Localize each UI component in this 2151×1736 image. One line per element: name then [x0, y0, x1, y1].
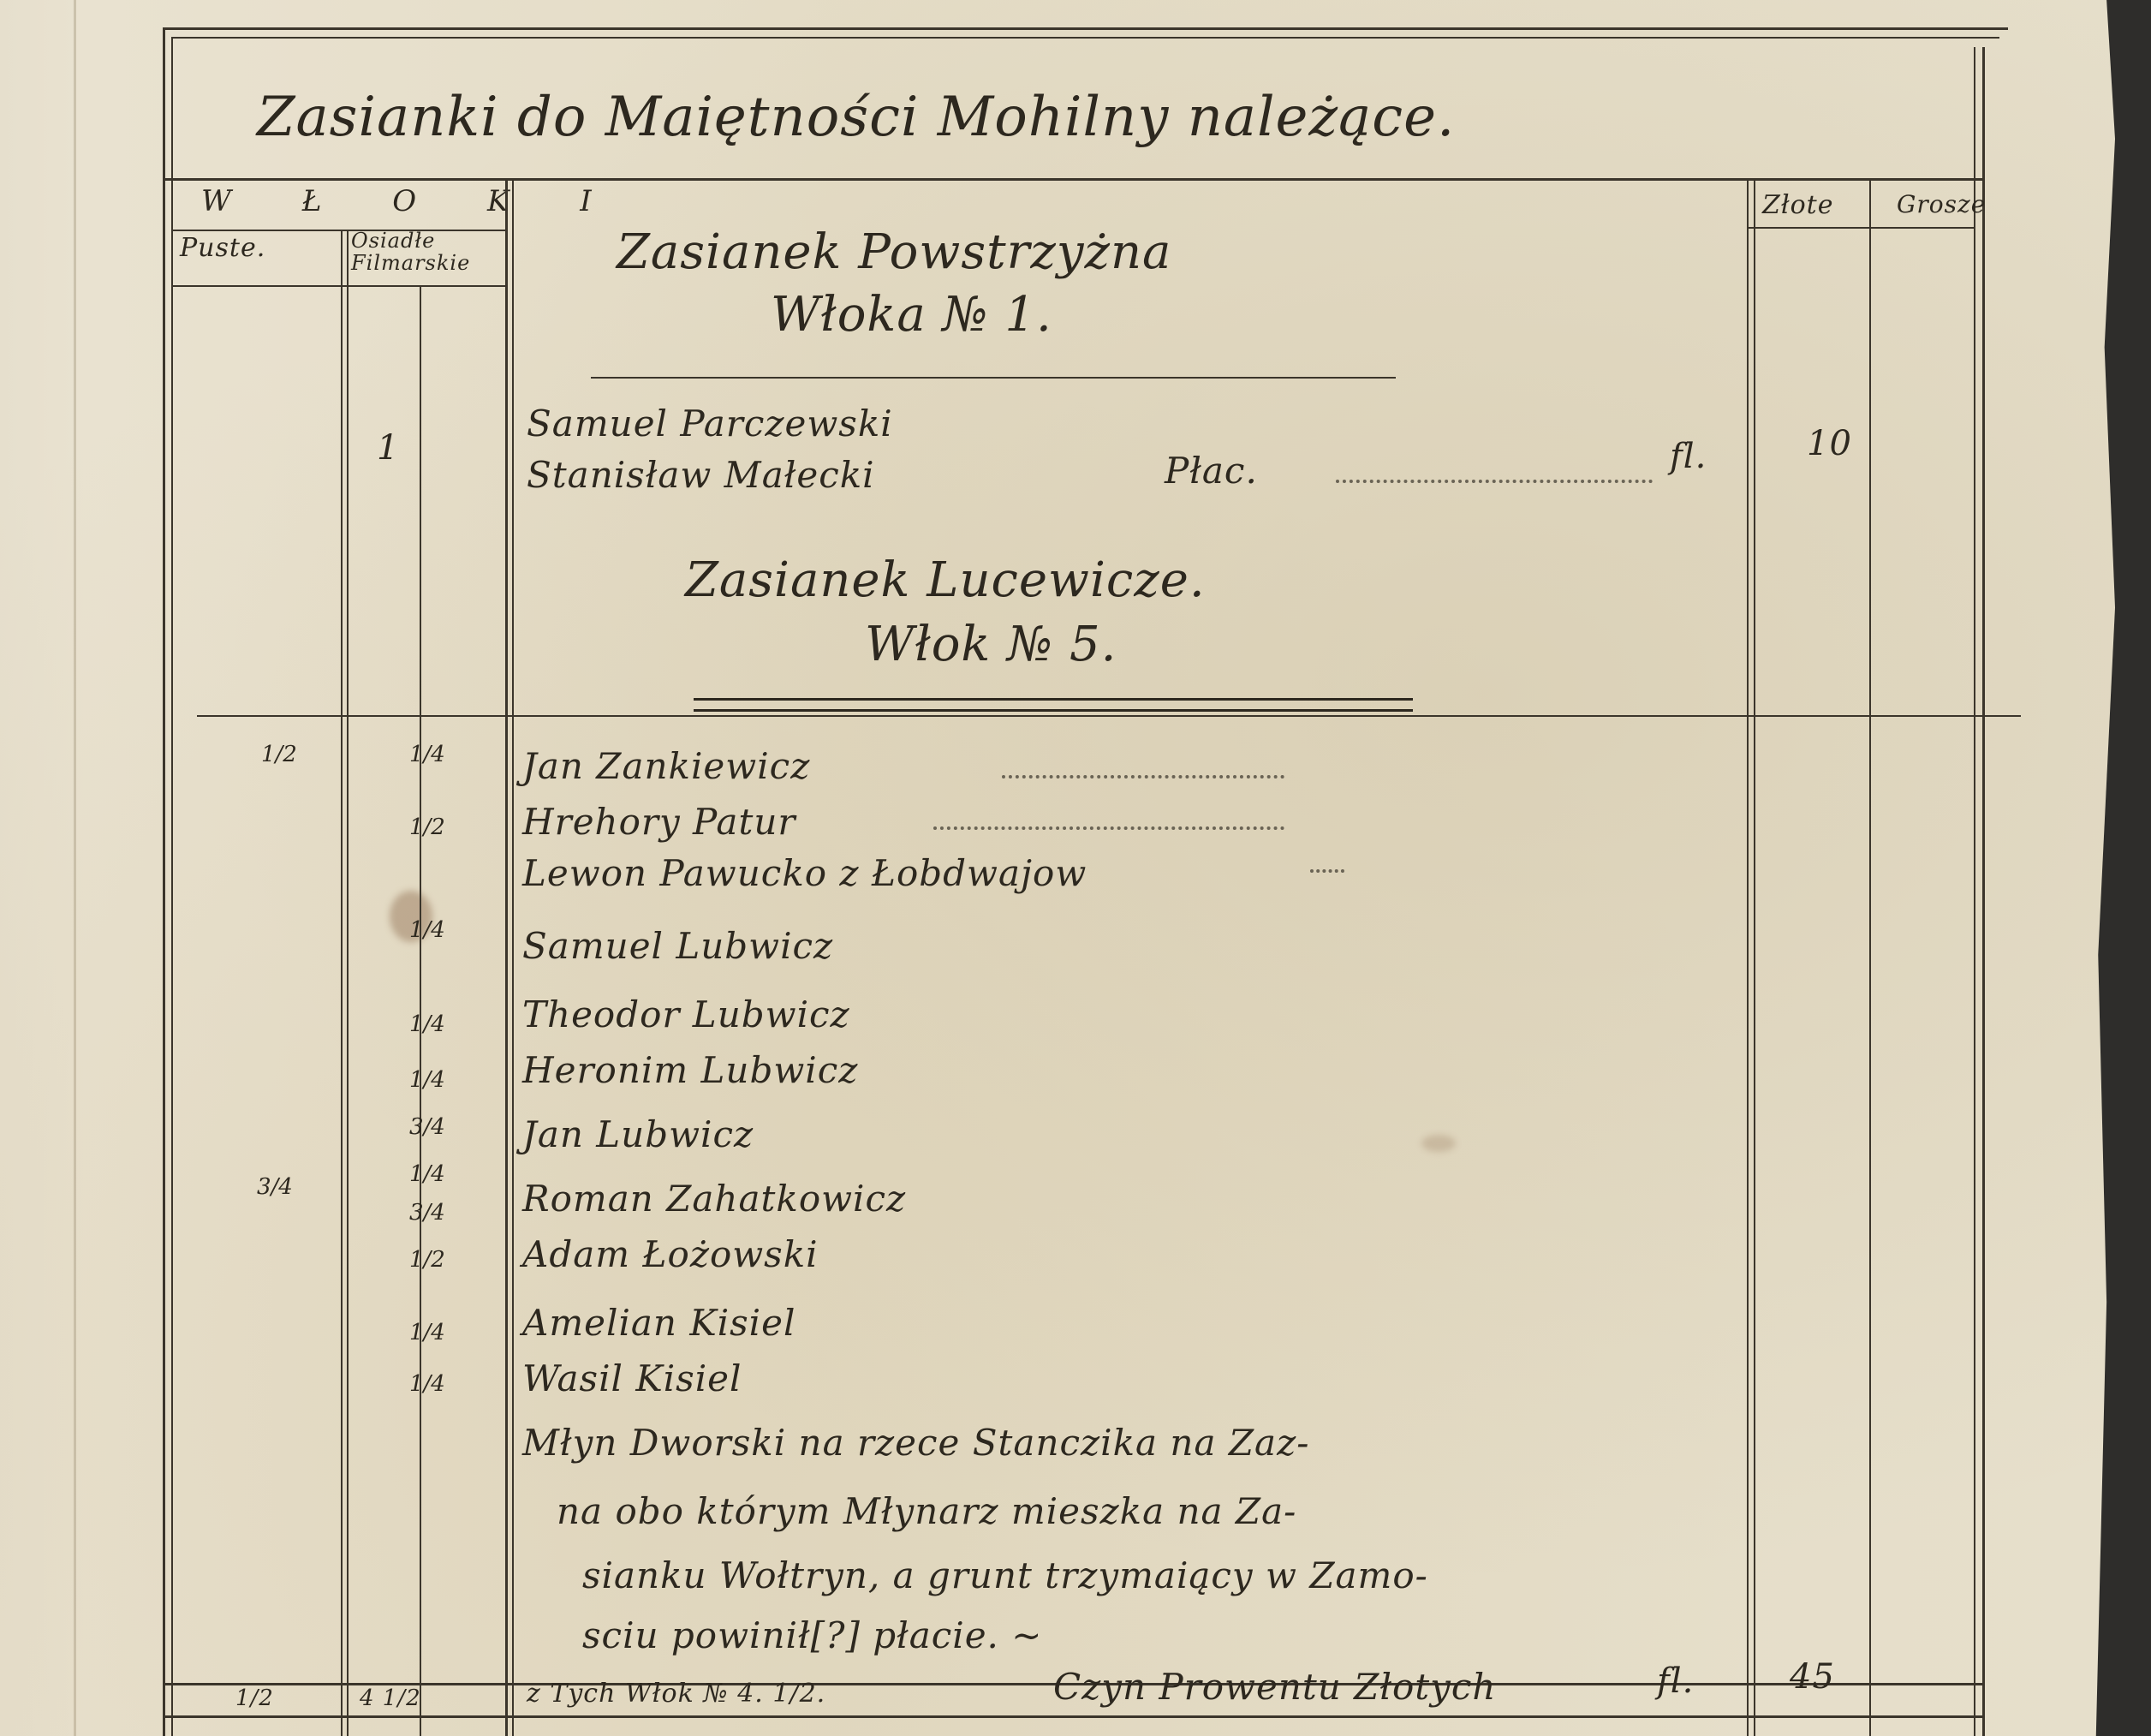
fraction-value: 1/4 — [409, 917, 445, 943]
col-rule-zlote — [1747, 178, 1749, 1736]
row-osiadle: 1 — [377, 428, 399, 468]
col-rule-puste-2 — [347, 231, 349, 1736]
section-1-underline — [591, 377, 1396, 379]
row-osiadle: 1/4 — [409, 921, 445, 940]
fraction-value: 1/4 — [409, 1161, 445, 1187]
header-zlote: Złote — [1762, 190, 1833, 220]
row-name: Theodor Lubwicz — [522, 993, 850, 1035]
total-puste: 1/2 — [235, 1685, 274, 1711]
section-2-subheading: Włok № 5. — [865, 617, 1117, 672]
col-rule-puste — [341, 231, 343, 1736]
frame-left-inner — [171, 37, 173, 1736]
header-bottom-left — [171, 285, 507, 287]
currency-symbol: fl. — [1670, 437, 1707, 476]
row-name: Lewon Pawucko z Łobdwajow — [522, 852, 1087, 894]
row-zlote: 10 — [1807, 424, 1852, 463]
row-name: Amelian Kisiel — [522, 1302, 795, 1344]
row-osiadle: 3/4 — [409, 1118, 445, 1136]
row-osiadle: 1/4 — [409, 1323, 445, 1342]
row-name: Samuel Lubwicz — [522, 925, 833, 967]
section-1-heading: Zasianek Powstrzyżna — [617, 224, 1171, 280]
leader-dots — [933, 826, 1284, 830]
section-2-heading: Zasianek Lucewicze. — [685, 552, 1206, 608]
total-zlote: 45 — [1790, 1657, 1835, 1697]
header-osiadle: Osiadłe Filmarskie — [351, 230, 505, 274]
fraction-value: 1/4 — [409, 1011, 445, 1037]
col-rule-text-left-2 — [512, 178, 514, 1736]
leader-dots — [1002, 775, 1284, 779]
header-money-bottom — [1747, 227, 1974, 229]
fraction-value: 1/2 — [409, 1247, 445, 1273]
frame-top-inner — [171, 37, 1999, 39]
page-fold — [74, 0, 76, 1736]
row-puste: 3/4 — [257, 1178, 293, 1196]
total-currency-symbol: fl. — [1657, 1661, 1694, 1701]
row-note: Płac. — [1165, 450, 1258, 492]
fraction-value: 1/4 — [409, 1371, 445, 1397]
col-rule-text-left — [505, 178, 508, 1736]
total-osiadle: 4 1/2 — [360, 1685, 421, 1711]
fraction-value: 1/4 — [409, 1067, 445, 1093]
row-osiadle: 1/4 — [409, 1375, 445, 1393]
row-name: Heronim Lubwicz — [522, 1049, 858, 1091]
row-osiadle: 1/4 — [409, 1165, 445, 1184]
row-osiadle: 1/2 — [409, 1250, 445, 1269]
note-line: sianku Wołtryn, a grunt trzymaiący w Zam… — [582, 1554, 1428, 1596]
note-line: sciu powinił[?] płacie. ~ — [582, 1614, 1042, 1656]
header-puste: Puste. — [180, 233, 265, 263]
fraction-value: 3/4 — [257, 1174, 293, 1200]
leader-dots — [1336, 480, 1653, 483]
total-summary: Czyn Prowentu Złotych — [1053, 1666, 1496, 1708]
row-name: Hrehory Patur — [522, 801, 795, 843]
total-label: z Tych Włok № 4. 1/2. — [527, 1679, 825, 1709]
total-row-bottom — [163, 1715, 1982, 1718]
frame-left — [163, 27, 165, 1736]
col-rule-grosze — [1869, 178, 1871, 1736]
header-grosze: Grosze — [1897, 190, 1986, 218]
note-line: Młyn Dworski na rzece Stanczika na Zaz- — [522, 1422, 1309, 1464]
col-rule-zlote-2 — [1754, 178, 1755, 1736]
leader-dots — [1310, 869, 1344, 873]
fraction-value: 3/4 — [409, 1200, 445, 1226]
section-2-underline — [694, 698, 1413, 712]
fraction-value: 1/2 — [261, 742, 297, 767]
header-wloki: W Ł O K I — [201, 184, 623, 218]
row-name: Roman Zahatkowicz — [522, 1178, 906, 1220]
row-puste: 1/2 — [261, 745, 297, 764]
row-osiadle: 3/4 — [409, 1203, 445, 1222]
ledger-page: Zasianki do Maiętności Mohilny należące.… — [0, 0, 2115, 1736]
frame-right — [1982, 47, 1985, 1736]
row-name: Jan Zankiewicz — [522, 745, 810, 787]
ink-stain — [1421, 1135, 1456, 1152]
section-1-subheading: Włoka № 1. — [771, 287, 1052, 343]
frame-right-inner — [1974, 47, 1975, 1736]
row-name: Jan Lubwicz — [522, 1113, 754, 1155]
fraction-value: 1/4 — [409, 1320, 445, 1345]
fraction-value: 1/4 — [409, 742, 445, 767]
row-osiadle: 1/4 — [409, 1015, 445, 1034]
row-osiadle: 1/4 — [409, 1071, 445, 1089]
note-line: na obo którym Młynarz mieszka na Za- — [557, 1490, 1296, 1532]
section-divider — [197, 715, 2021, 717]
row-name: Stanisław Małecki — [527, 454, 875, 496]
row-osiadle: 1/4 — [409, 745, 445, 764]
page-title: Zasianki do Maiętności Mohilny należące. — [257, 86, 1455, 149]
row-name: Samuel Parczewski — [527, 403, 893, 444]
row-name: Adam Łożowski — [522, 1233, 819, 1275]
fraction-value: 1/2 — [409, 814, 445, 840]
title-band-bottom — [163, 178, 1982, 181]
frame-top — [163, 27, 2008, 30]
row-osiadle: 1/2 — [409, 818, 445, 837]
row-name: Wasil Kisiel — [522, 1357, 742, 1399]
fraction-value: 3/4 — [409, 1114, 445, 1140]
